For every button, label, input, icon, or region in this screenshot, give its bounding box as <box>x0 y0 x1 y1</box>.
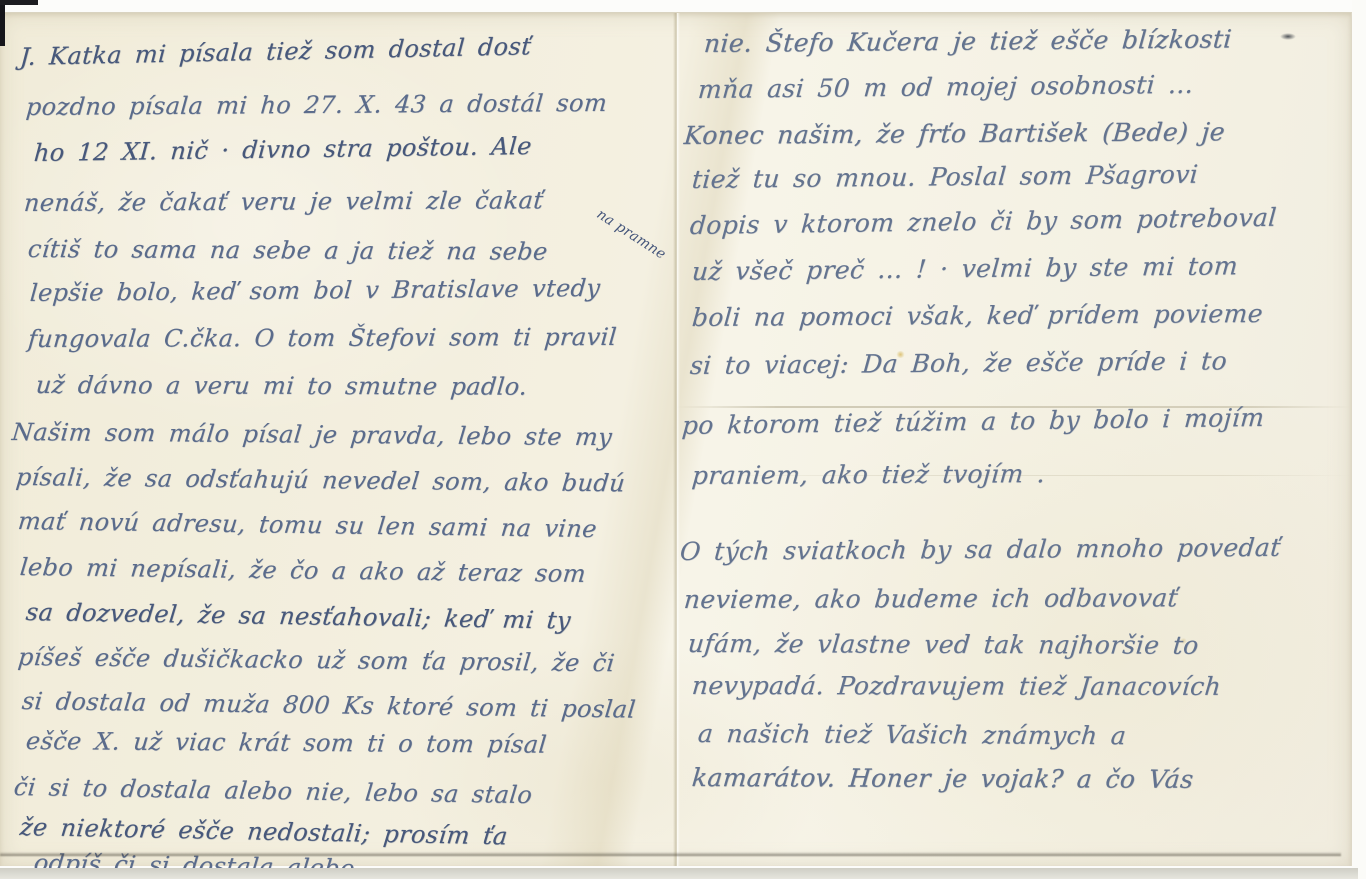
handwritten-line: už dávno a veru mi to smutne padlo. <box>35 371 529 401</box>
right-page: nie. Štefo Kučera je tiež ešče blízkosti… <box>676 13 1351 866</box>
handwritten-line: nie. Štefo Kučera je tiež ešče blízkosti <box>703 24 1233 58</box>
handwritten-line: si dostala od muža 800 Ks ktoré som ti p… <box>21 687 637 724</box>
handwritten-line: O tých sviatkoch by sa dalo mnoho poveda… <box>679 533 1282 566</box>
scanner-corner-mark <box>0 0 5 46</box>
handwritten-line: či si to dostala alebo nie, lebo sa stal… <box>13 773 534 809</box>
handwritten-line: pozdno písala mi ho 27. X. 43 a dostál s… <box>25 89 608 121</box>
handwritten-line: už všeč preč ... ! · velmi by ste mi tom <box>691 251 1239 286</box>
handwritten-line: nevypadá. Pozdravujem tiež Janacovích <box>691 671 1223 701</box>
handwritten-line: lepšie bolo, keď som bol v Bratislave vt… <box>29 274 602 307</box>
margin-note: na pramne <box>594 206 669 262</box>
letter-paper: J. Katka mi písala tiež som dostal dosť … <box>0 12 1352 866</box>
handwritten-line: ho 12 XI. nič · divno stra poštou. Ale <box>33 132 533 167</box>
handwritten-line: praniem, ako tiež tvojím . <box>691 459 1047 490</box>
handwritten-line: Konec našim, že frťo Bartišek (Bede) je <box>683 117 1226 150</box>
scanner-top-strip <box>0 0 1366 12</box>
handwritten-line: sa dozvedel, že sa nesťahovali; keď mi t… <box>25 598 573 635</box>
handwritten-line: nevieme, ako budeme ich odbavovať <box>683 583 1180 614</box>
handwritten-line: Našim som málo písal je pravda, lebo ste… <box>11 418 614 451</box>
paper-bottom-edge-shadow <box>0 852 1341 856</box>
handwritten-line: boli na pomoci však, keď prídem povieme <box>691 299 1264 332</box>
handwritten-line: cítiš to sama na sebe a ja tiež na sebe <box>27 235 549 266</box>
handwritten-line: fungovala C.čka. O tom Štefovi som ti pr… <box>27 323 618 353</box>
handwritten-line: J. Katka mi písala tiež som dostal dosť <box>19 32 532 71</box>
handwritten-line: píšeš ešče dušičkacko už som ťa prosil, … <box>17 643 616 677</box>
scanner-corner-mark <box>0 0 38 5</box>
handwritten-line: si to viacej: Da Boh, že ešče príde i to <box>689 346 1228 380</box>
handwritten-line: tiež tu so mnou. Poslal som Pšagrovi <box>691 160 1199 194</box>
handwritten-line: mať novú adresu, tomu su len sami na vin… <box>17 507 599 543</box>
letter-scan: J. Katka mi písala tiež som dostal dosť … <box>0 0 1366 879</box>
handwritten-line: nenáš, že čakať veru je velmi zle čakať <box>23 186 545 217</box>
scanner-right-strip <box>1352 0 1366 879</box>
handwritten-line: ešče X. už viac krát som ti o tom písal <box>25 727 548 759</box>
handwritten-line: mňa asi 50 m od mojej osobnosti ... <box>697 70 1195 104</box>
handwritten-line: písali, že sa odsťahujú nevedel som, ako… <box>15 463 627 497</box>
handwritten-line: lebo mi nepísali, že čo a ako až teraz s… <box>19 553 588 588</box>
scanner-bottom-strip <box>0 868 1358 879</box>
handwritten-line: dopis v ktorom znelo či by som potrebova… <box>689 203 1278 240</box>
handwritten-line: že niektoré ešče nedostali; prosím ťa <box>19 813 510 850</box>
handwritten-line: kamarátov. Honer je vojak? a čo Vás <box>691 763 1195 794</box>
handwritten-line: ufám, že vlastne ved tak najhoršie to <box>687 629 1200 660</box>
handwritten-line: po ktorom tiež túžim a to by bolo i mojí… <box>681 403 1265 440</box>
handwritten-line: a našich tiež Vašich známych a <box>697 719 1128 750</box>
scanner-dust-speck <box>1280 33 1296 40</box>
left-page: J. Katka mi písala tiež som dostal dosť … <box>0 13 676 866</box>
